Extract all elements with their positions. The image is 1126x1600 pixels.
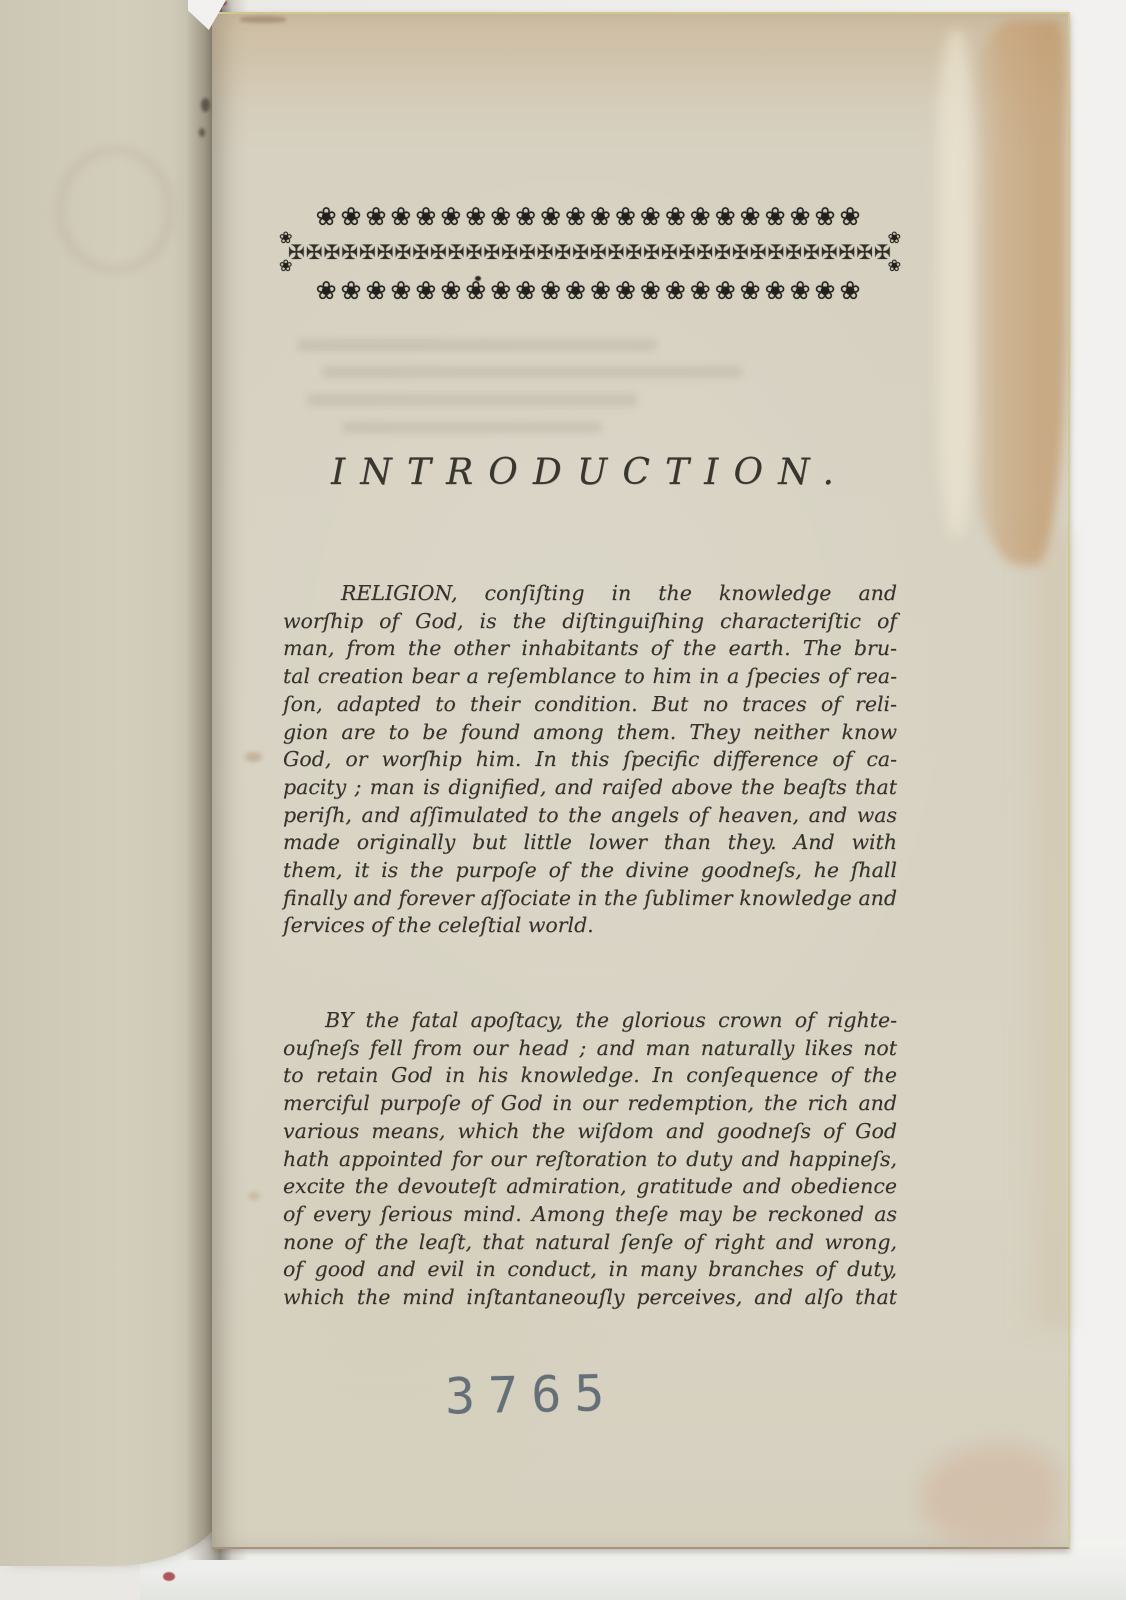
text-line: periſh, and aſſimulated to the angels of… [283, 802, 897, 830]
chapter-heading: INTRODUCTION. [283, 452, 897, 493]
text-line: ſon, adapted to their condition. But no … [283, 691, 897, 719]
text-line: none of the leaſt, that natural ſenſe of… [283, 1229, 897, 1257]
edge-speck [240, 16, 286, 23]
red-speck [163, 1572, 175, 1581]
show-through-text [297, 339, 657, 351]
ornament-glyph-icon: ❀ [279, 256, 292, 276]
ornament-row-middle: ✠✠✠✠✠✠✠✠✠✠✠✠✠✠✠✠✠✠✠✠✠✠✠✠✠✠✠✠✠✠✠✠✠✠ [283, 242, 897, 262]
text-line: God, or worſhip him. In this ſpecific di… [283, 746, 897, 774]
text-line: BY the fatal apoſtacy, the glorious crow… [283, 1007, 897, 1035]
ornament-glyph-icon: ❀ [279, 228, 292, 248]
text-line: finally and forever aſſociate in the ſub… [283, 885, 897, 913]
text-line: worſhip of God, is the diſtinguiſhing ch… [283, 608, 897, 636]
foxing-spot [248, 1192, 260, 1200]
corner-stain [920, 1445, 1060, 1545]
ink-speck [475, 276, 481, 281]
under-page-edge [140, 1540, 1126, 1600]
water-stain-tail [1016, 529, 1068, 1329]
accession-stamp: 3765 [444, 1364, 618, 1426]
paragraph-1: RELIGION, conſiſting in the knowledge an… [283, 580, 897, 940]
text-line: excite the devouteſt admiration, gratitu… [283, 1173, 897, 1201]
text-line: hath appointed for our reſtoration to du… [283, 1146, 897, 1174]
gutter-blotch [199, 128, 205, 137]
water-stain-tide-line [938, 29, 974, 539]
text-line: ouſneſs fell from our head ; and man nat… [283, 1035, 897, 1063]
text-line: RELIGION, conſiſting in the knowledge an… [283, 580, 897, 608]
paragraph-2: BY the fatal apoſtacy, the glorious crow… [283, 1007, 897, 1312]
text-line: them, it is the purpoſe of the divine go… [283, 857, 897, 885]
foxing-spot [245, 752, 262, 762]
text-line: of every ſerious mind. Among theſe may b… [283, 1201, 897, 1229]
ring-stain [55, 145, 175, 275]
text-line: gion are to be found among them. They ne… [283, 719, 897, 747]
book-photo: ❀❀❀❀❀❀❀❀❀❀❀❀❀❀❀❀❀❀❀❀❀❀ ✠✠✠✠✠✠✠✠✠✠✠✠✠✠✠✠✠… [0, 0, 1126, 1600]
text-line: made originally but little lower than th… [283, 829, 897, 857]
show-through-text [322, 366, 742, 378]
ornament-glyph-icon: ❀ [888, 228, 901, 248]
gutter-blotch [201, 98, 210, 112]
text-line: various means, which the wiſdom and good… [283, 1118, 897, 1146]
ornament-glyph-icon: ❀ [888, 256, 901, 276]
show-through-text [342, 422, 602, 433]
text-line: to retain God in his knowledge. In conſe… [283, 1062, 897, 1090]
text-line: of good and evil in conduct, in many bra… [283, 1256, 897, 1284]
ornament-side-right-icon: ❀❀ [888, 228, 901, 276]
text-line: tal creation bear a reſemblance to him i… [283, 663, 897, 691]
text-line: merciful purpoſe of God in our redemptio… [283, 1090, 897, 1118]
book-page: ❀❀❀❀❀❀❀❀❀❀❀❀❀❀❀❀❀❀❀❀❀❀ ✠✠✠✠✠✠✠✠✠✠✠✠✠✠✠✠✠… [212, 12, 1070, 1549]
text-line: ſervices of the celeſtial world. [283, 912, 897, 940]
show-through-text [307, 394, 637, 406]
ornament-row-top: ❀❀❀❀❀❀❀❀❀❀❀❀❀❀❀❀❀❀❀❀❀❀ [283, 204, 897, 229]
ornament-side-left-icon: ❀❀ [279, 228, 292, 276]
text-line: pacity ; man is dignified, and raiſed ab… [283, 774, 897, 802]
water-stain [966, 20, 1066, 565]
text-line: which the mind inſtantaneouſly perceives… [283, 1284, 897, 1312]
ornament-border: ❀❀❀❀❀❀❀❀❀❀❀❀❀❀❀❀❀❀❀❀❀❀ ✠✠✠✠✠✠✠✠✠✠✠✠✠✠✠✠✠… [283, 204, 897, 320]
ornament-row-bottom: ❀❀❀❀❀❀❀❀❀❀❀❀❀❀❀❀❀❀❀❀❀❀ [283, 278, 897, 303]
text-line: man, from the other inhabitants of the e… [283, 635, 897, 663]
